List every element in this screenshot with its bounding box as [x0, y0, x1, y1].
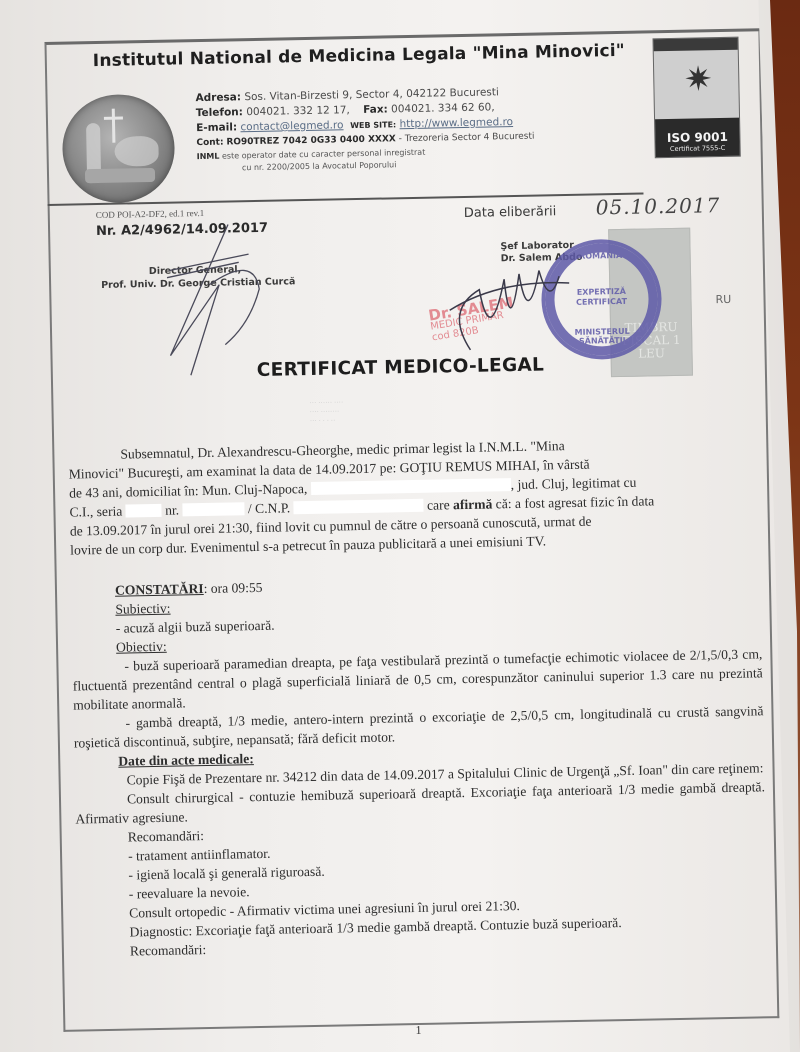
- director-title: Director General,: [149, 264, 242, 277]
- email-link[interactable]: contact@legmed.ro: [240, 119, 343, 133]
- redacted-id-number: [182, 502, 244, 516]
- fax-label: Fax:: [363, 103, 388, 115]
- phone-label: Telefon:: [196, 106, 243, 119]
- account-bank: - Trezoreria Sector 4 Bucuresti: [399, 132, 535, 145]
- redacted-cnp: [294, 499, 424, 514]
- address-label: Adresa:: [195, 91, 241, 104]
- iso-certification-badge: ✷ ISO 9001 Certificat 7555-C: [653, 37, 741, 159]
- document-code: COD POI-A2-DF2, ed.1 rev.1: [96, 208, 205, 220]
- data-operator-label: INML: [197, 152, 220, 161]
- account: RO90TREZ 7042 0G33 0400 XXXX: [226, 134, 396, 147]
- findings-heading: CONSTATĂRI: [115, 581, 204, 598]
- id-number-label: nr.: [165, 502, 179, 517]
- certificate-page: Institutul National de Medicina Legala "…: [44, 4, 793, 1038]
- phone: 004021. 332 12 17,: [246, 104, 350, 118]
- statement-which: care: [427, 497, 450, 512]
- round-stamp-center-text: EXPERTIZĂ CERTIFICAT: [565, 287, 637, 308]
- seal-base: [85, 168, 155, 183]
- fax: 004021. 334 62 60,: [391, 101, 495, 115]
- paper-sheet: Institutul National de Medicina Legala "…: [0, 0, 790, 1052]
- seal-cross-bar: [104, 117, 123, 120]
- issue-date-label: Data eliberării: [464, 204, 557, 221]
- statement-assault: că: a fost agresat fizic în data: [496, 493, 655, 511]
- domicile: de 43 ani, domiciliat în: Mun. Cluj-Napo…: [69, 481, 307, 501]
- round-stamp-top-text: ROMÂNIA: [575, 251, 627, 261]
- iso-cert-number: Certificat 7555-C: [656, 144, 740, 154]
- redacted-id-series: [126, 504, 162, 518]
- lab-head-title: Şef Laborator: [500, 240, 574, 252]
- badge-bottom: ISO 9001 Certificat 7555-C: [655, 118, 740, 158]
- id-series-label: C.I., seria: [69, 504, 122, 520]
- iso-label: ISO 9001: [655, 130, 739, 146]
- faint-bleed-through-text: ··· ······ ········ ··········· · · · ··: [309, 397, 429, 426]
- seal-cross-icon: [112, 109, 116, 143]
- margin-text: RU: [715, 293, 731, 306]
- website-label: WEB SITE:: [350, 120, 396, 130]
- issue-date-handwritten: 05.10.2017: [596, 193, 721, 219]
- page-number: 1: [415, 1023, 421, 1038]
- email-label: E-mail:: [196, 121, 237, 134]
- account-label: Cont:: [196, 138, 223, 149]
- redacted-address: [311, 478, 511, 495]
- website-link[interactable]: http://www.legmed.ro: [399, 116, 513, 130]
- certification-star-icon: ✷: [678, 60, 719, 101]
- seal-animal: [114, 136, 159, 167]
- statement-claims: afirmă: [453, 496, 493, 512]
- certificate-body: Subsemnatul, Dr. Alexandrescu-Gheorghe, …: [68, 432, 768, 961]
- round-stamp-bottom-text: MINISTERUL SĂNĂTĂŢII: [564, 327, 640, 346]
- findings-time: : ora 09:55: [203, 580, 262, 596]
- contact-block: Adresa: Sos. Vitan-Birzesti 9, Sector 4,…: [195, 83, 617, 175]
- cnp-label: / C.N.P.: [248, 500, 291, 516]
- badge-top-bar: [654, 38, 738, 52]
- county: , jud. Cluj, legitimat cu: [511, 475, 637, 492]
